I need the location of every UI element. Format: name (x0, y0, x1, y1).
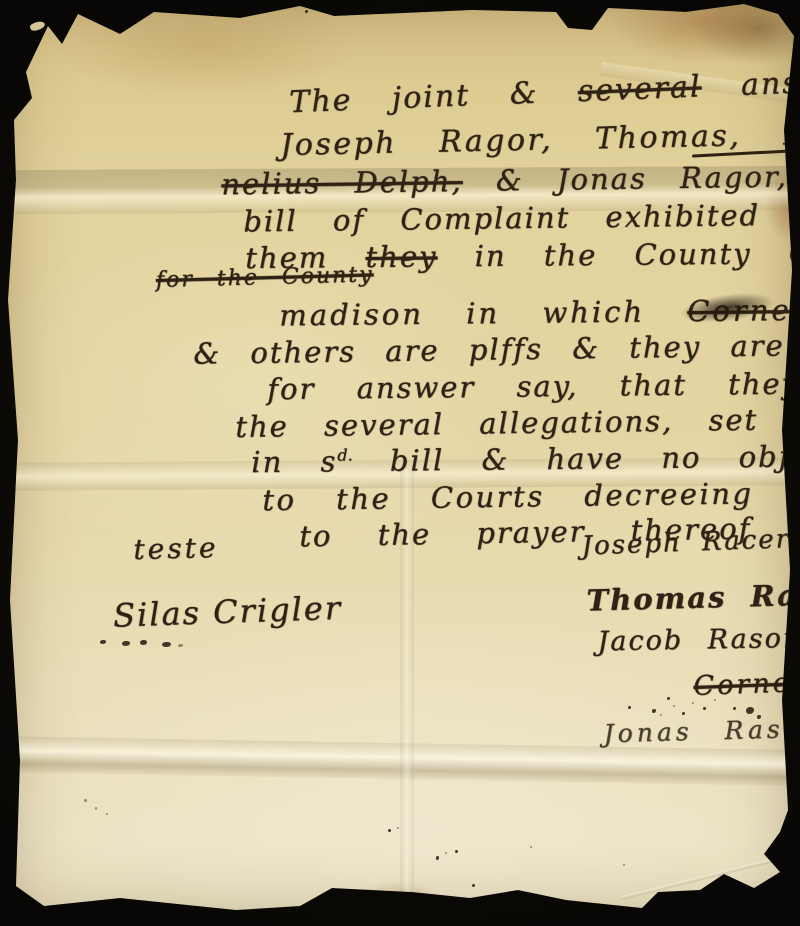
ink-speck (106, 813, 108, 815)
signature-witness: Silas Crigler (38, 551, 344, 675)
text-segment: Silas Crigler (112, 589, 342, 635)
ink-speck (388, 829, 391, 832)
fold-crease-diagonal (620, 848, 800, 900)
signature-jonas-rasor: Jonas Rasor (411, 685, 800, 783)
text-segment: Jonas Rasor (603, 714, 800, 749)
scan-background: The joint & several answers of Joseph Ra… (0, 0, 800, 926)
ink-speck (95, 807, 97, 810)
ink-speck (436, 856, 439, 860)
torn-paper-shard (29, 20, 46, 33)
ink-speck (623, 864, 625, 866)
manuscript-paper: The joint & several answers of Joseph Ra… (0, 0, 800, 926)
ink-speck (345, 14, 347, 16)
ink-speck (305, 10, 308, 13)
ink-speck (455, 850, 458, 853)
ink-speck (397, 827, 399, 829)
ink-speck (320, 4, 323, 7)
ink-speck (445, 852, 447, 854)
ink-speck (472, 884, 475, 887)
ink-speck (84, 799, 87, 802)
ink-speck (530, 846, 532, 848)
ink-speck (290, 2, 295, 6)
